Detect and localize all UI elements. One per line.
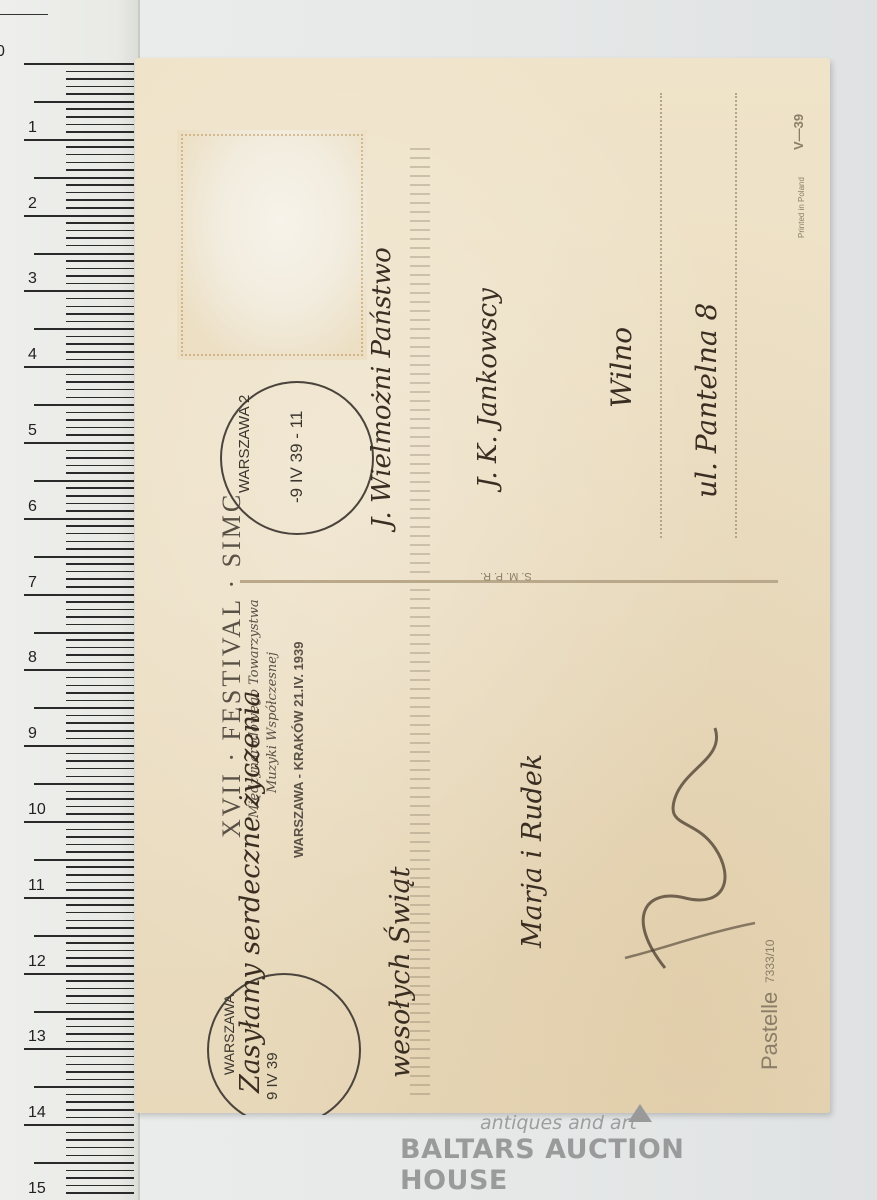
ruler-tick [34,556,134,558]
ruler-tick [66,889,134,891]
crown-icon [628,1104,652,1122]
ruler-tick [66,988,134,990]
ruler-tick [66,586,134,588]
ruler-tick [66,116,134,118]
message-line-1: Zasyłamy serdeczne życzenia [235,691,266,1093]
ruler-label: 14 [28,1104,46,1122]
ruler-tick [66,927,134,929]
ruler-tick [66,851,134,853]
ruler-label: 8 [28,649,37,667]
ruler-tick [66,829,134,831]
signature-flourish [605,718,775,978]
ruler-tick [66,1101,134,1103]
address-street: ul. Pantelna 8 [690,303,723,498]
ruler-tick [66,381,134,383]
ruler-tick [66,351,134,353]
message-line-2: wesołych Świąt [385,867,416,1079]
ruler-tick [34,1011,134,1013]
ruler-tick [66,760,134,762]
ruler-tick [34,1086,134,1088]
ruler-tick [24,594,134,596]
ruler-tick [66,412,134,414]
ruler-tick [66,275,134,277]
ruler-tick [66,93,134,95]
ruler-tick [66,525,134,527]
ruler-tick [66,1056,134,1058]
ruler-tick [66,427,134,429]
address-recipient: J. K. Jankowscy [473,288,503,488]
ruler-tick [66,419,134,421]
ruler-tick [66,639,134,641]
ruler-tick [24,366,134,368]
ruler-tick [66,836,134,838]
ruler-tick [66,957,134,959]
ruler-tick [34,707,134,709]
ruler-tick [66,192,134,194]
ruler-tick [66,207,134,209]
watermark-name: BALTARS AUCTION HOUSE [400,1134,800,1196]
ruler-tick [66,548,134,550]
ruler-tick [34,328,134,330]
ruler-tick [66,768,134,770]
ruler-tick [66,700,134,702]
ruler-tick [66,283,134,285]
ruler-tick [66,1071,134,1073]
ruler-tick [66,791,134,793]
ruler-tick [24,745,134,747]
ruler-tick [66,806,134,808]
ruler-tick [66,434,134,436]
address-city: Wilno [605,327,638,408]
ruler-tick [66,260,134,262]
ruler-tick [66,1170,134,1172]
ruler-label: 0 [0,43,5,61]
ruler-tick [66,1139,134,1141]
ruler-tick [66,677,134,679]
ruler-tick [24,1048,134,1050]
ruler-tick [66,904,134,906]
removed-stamp-residue [177,130,367,360]
ruler-tick [66,662,134,664]
ruler-edge-line [0,14,48,15]
ruler-label: 6 [28,498,37,516]
ruler-tick [66,146,134,148]
series-code: V—39 [791,114,806,150]
ruler-tick [66,753,134,755]
ruler-tick [66,1177,134,1179]
ruler-tick [66,1003,134,1005]
ruler-tick [66,942,134,944]
ruler-tick [66,1026,134,1028]
ruler-tick [66,397,134,399]
ruler-tick [66,776,134,778]
ruler-tick [66,965,134,967]
ruler-tick [24,973,134,975]
ruler-tick [66,199,134,201]
ruler-tick [24,669,134,671]
ruler-tick [24,518,134,520]
ruler-tick [34,859,134,861]
ruler-tick [66,874,134,876]
address-line [660,93,662,538]
ruler-tick [66,1147,134,1149]
postmark-warszawa-2: WARSZAWA 2 -9 IV 39 - 11 [220,381,374,535]
ruler-tick [66,980,134,982]
ruler-tick [66,798,134,800]
ruler-tick [66,578,134,580]
ruler-label: 3 [28,270,37,288]
ruler-tick [66,457,134,459]
ruler-tick [66,108,134,110]
ruler-tick [66,813,134,815]
ruler-tick [34,935,134,937]
ruler-tick [66,359,134,361]
ruler-tick [66,995,134,997]
ruler-label: 12 [28,953,46,971]
ruler-tick [66,321,134,323]
ruler-tick [34,783,134,785]
measuring-ruler: 0123456789101112131415 [0,0,140,1200]
ruler-tick [66,882,134,884]
ruler-tick [66,1132,134,1134]
ruler-tick [66,571,134,573]
ruler-tick [66,162,134,164]
ruler-tick [66,313,134,315]
ruler-tick [66,131,134,133]
ruler-tick [24,1124,134,1126]
ruler-tick [66,230,134,232]
ruler-tick [66,609,134,611]
ruler-tick [66,616,134,618]
ruler-tick [66,389,134,391]
ruler-label: 4 [28,346,37,364]
ruler-tick [66,1064,134,1066]
ruler-label: 11 [28,877,45,895]
postcard-back: Printed in Poland V—39 Pastelle 7333/10 … [135,58,830,1113]
ruler-tick [66,1155,134,1157]
ruler-tick [66,601,134,603]
ruler-tick [66,1185,134,1187]
ruler-tick [66,950,134,952]
ruler-label: 1 [28,119,37,137]
ruler-tick [66,654,134,656]
ruler-label: 13 [28,1028,46,1046]
ruler-tick [66,1033,134,1035]
ruler-tick [66,533,134,535]
ruler-tick [66,738,134,740]
ruler-label: 7 [28,574,37,592]
ruler-tick [66,124,134,126]
ruler-tick [66,1079,134,1081]
ruler-tick [66,472,134,474]
ruler-tick [66,503,134,505]
ruler-tick [66,715,134,717]
ruler-tick [66,722,134,724]
ruler-tick [66,624,134,626]
ruler-tick [66,298,134,300]
address-line [735,93,737,538]
ruler-tick [34,480,134,482]
ruler-tick [66,1094,134,1096]
ruler-tick [66,374,134,376]
ruler-tick [66,154,134,156]
watermark-tagline: antiques and art [480,1112,637,1134]
ruler-label: 15 [28,1180,46,1198]
ruler-tick [66,730,134,732]
ruler-tick [34,1162,134,1164]
ruler-tick [66,169,134,171]
ruler-tick [66,1192,134,1194]
brand-pastelle: Pastelle [757,992,783,1070]
ruler-tick [66,78,134,80]
festival-cachet-line2: Muzyki Współczesnej [265,652,280,793]
ruler-tick [66,541,134,543]
ruler-tick [34,177,134,179]
ruler-tick [66,222,134,224]
ruler-tick [66,465,134,467]
ruler-tick [34,632,134,634]
printed-in-poland: Printed in Poland [797,177,806,238]
auction-house-watermark: antiques and art BALTARS AUCTION HOUSE [400,1112,800,1172]
ruler-label: 9 [28,725,37,743]
ruler-tick [66,487,134,489]
ruler-tick [66,1117,134,1119]
ruler-tick [24,442,134,444]
address-salutation: J. Wielmożni Państwo [367,247,397,528]
ruler-tick [66,1018,134,1020]
ruler-tick [66,450,134,452]
ruler-tick [66,71,134,73]
ruler-tick [66,647,134,649]
ruler-label: 2 [28,195,37,213]
ruler-tick [66,237,134,239]
ruler-tick [66,563,134,565]
ruler-tick [66,268,134,270]
printer-initials: S. M. P. R. [480,570,532,582]
ruler-tick [34,101,134,103]
ruler-tick [24,139,134,141]
ruler-label: 10 [28,801,46,819]
ruler-tick [66,86,134,88]
ruler-tick [66,245,134,247]
ruler-tick [66,920,134,922]
ruler-tick [34,253,134,255]
ruler-tick [66,866,134,868]
ruler-tick [34,404,134,406]
ruler-tick [66,510,134,512]
ruler-tick [66,1109,134,1111]
ruler-tick [66,685,134,687]
message-signature: Marja i Rudek [517,754,548,948]
ruler-tick [66,1041,134,1043]
ruler-tick [24,63,134,65]
ruler-tick [66,692,134,694]
ruler-tick [66,184,134,186]
ruler-tick [24,215,134,217]
ruler-tick [24,897,134,899]
ruler-tick [66,912,134,914]
postmark-warszawa: WARSZAWA 9 IV 39 [207,973,361,1127]
ruler-tick [24,821,134,823]
ruler-tick [66,495,134,497]
ruler-tick [24,290,134,292]
festival-cachet-line3: WARSZAWA - KRAKÓW 21.IV. 1939 [291,642,306,858]
ruler-label: 5 [28,422,37,440]
ruler-tick [66,336,134,338]
ruler-tick [66,306,134,308]
ruler-tick [66,844,134,846]
ruler-tick [66,343,134,345]
